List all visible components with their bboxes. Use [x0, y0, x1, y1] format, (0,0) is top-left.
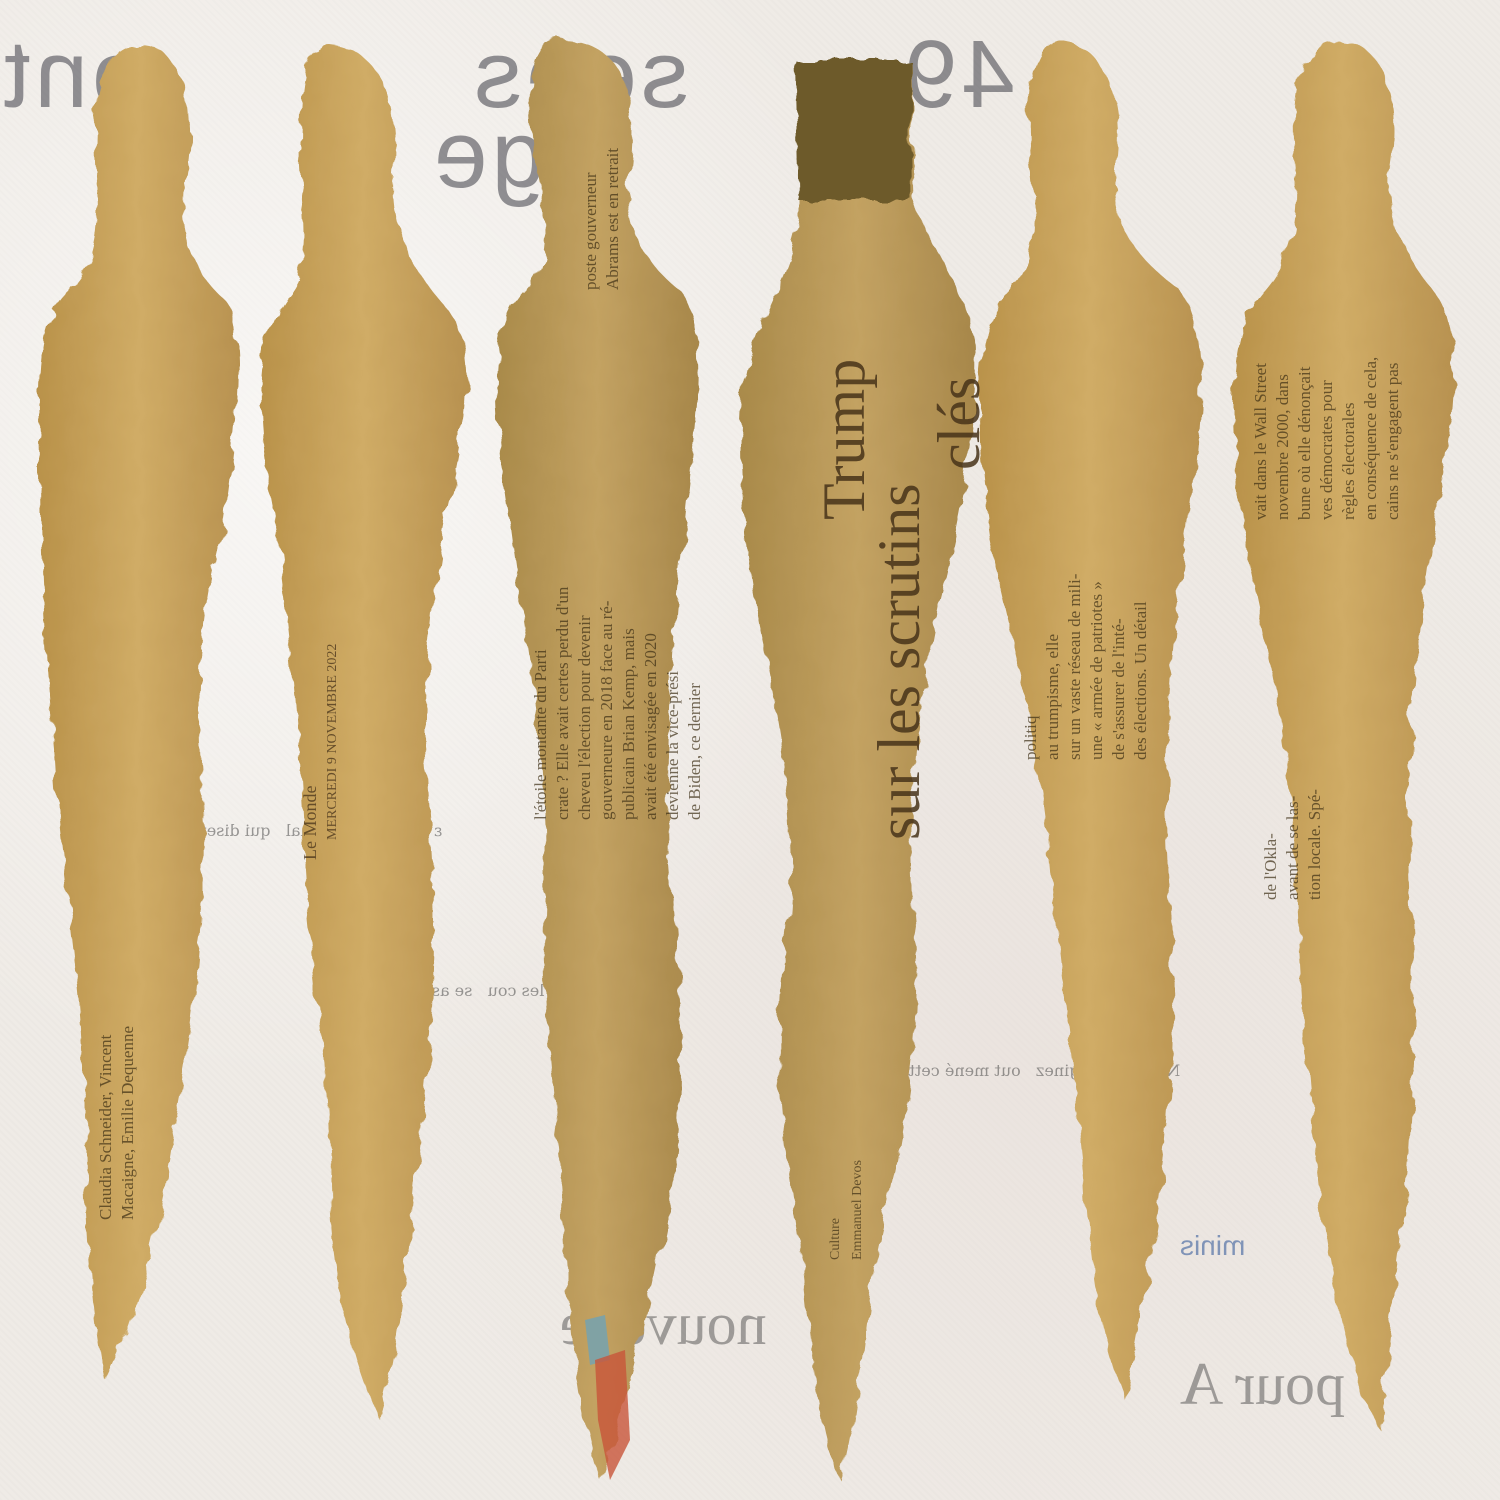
column-text: poste gouverneur Abrams est en retrait: [580, 148, 624, 290]
figure-4: [741, 60, 976, 1480]
figure-4-head-dark: [795, 60, 912, 200]
column-text: de l'Okla- avant de se las- tion locale.…: [1260, 789, 1326, 900]
column-text: Claudia Schneider, Vincent Macaigne, Emi…: [95, 1026, 139, 1220]
column-text: Culture Emmanuel Devos: [825, 1160, 869, 1260]
headline-text: sur les scrutins: [865, 483, 934, 840]
collage-artwork: ont sees 49 age nouvelle pour A minis ε …: [0, 0, 1500, 1500]
headline-text: Trump: [810, 359, 879, 520]
figure-2: [260, 45, 467, 1420]
column-text: politiq au trumpisme, elle sur un vaste …: [1020, 574, 1152, 760]
column-text: l'étoile montante du Parti crate ? Elle …: [530, 587, 706, 820]
date-line-text: MERCREDI 9 NOVEMBRE 2022: [325, 644, 341, 840]
column-text: vait dans le Wall Street novembre 2000, …: [1250, 357, 1404, 520]
figure-silhouettes: [0, 0, 1500, 1500]
masthead-text: Le Monde: [300, 786, 321, 860]
headline-text: clés: [925, 377, 994, 470]
figure-6: [1234, 40, 1453, 1430]
